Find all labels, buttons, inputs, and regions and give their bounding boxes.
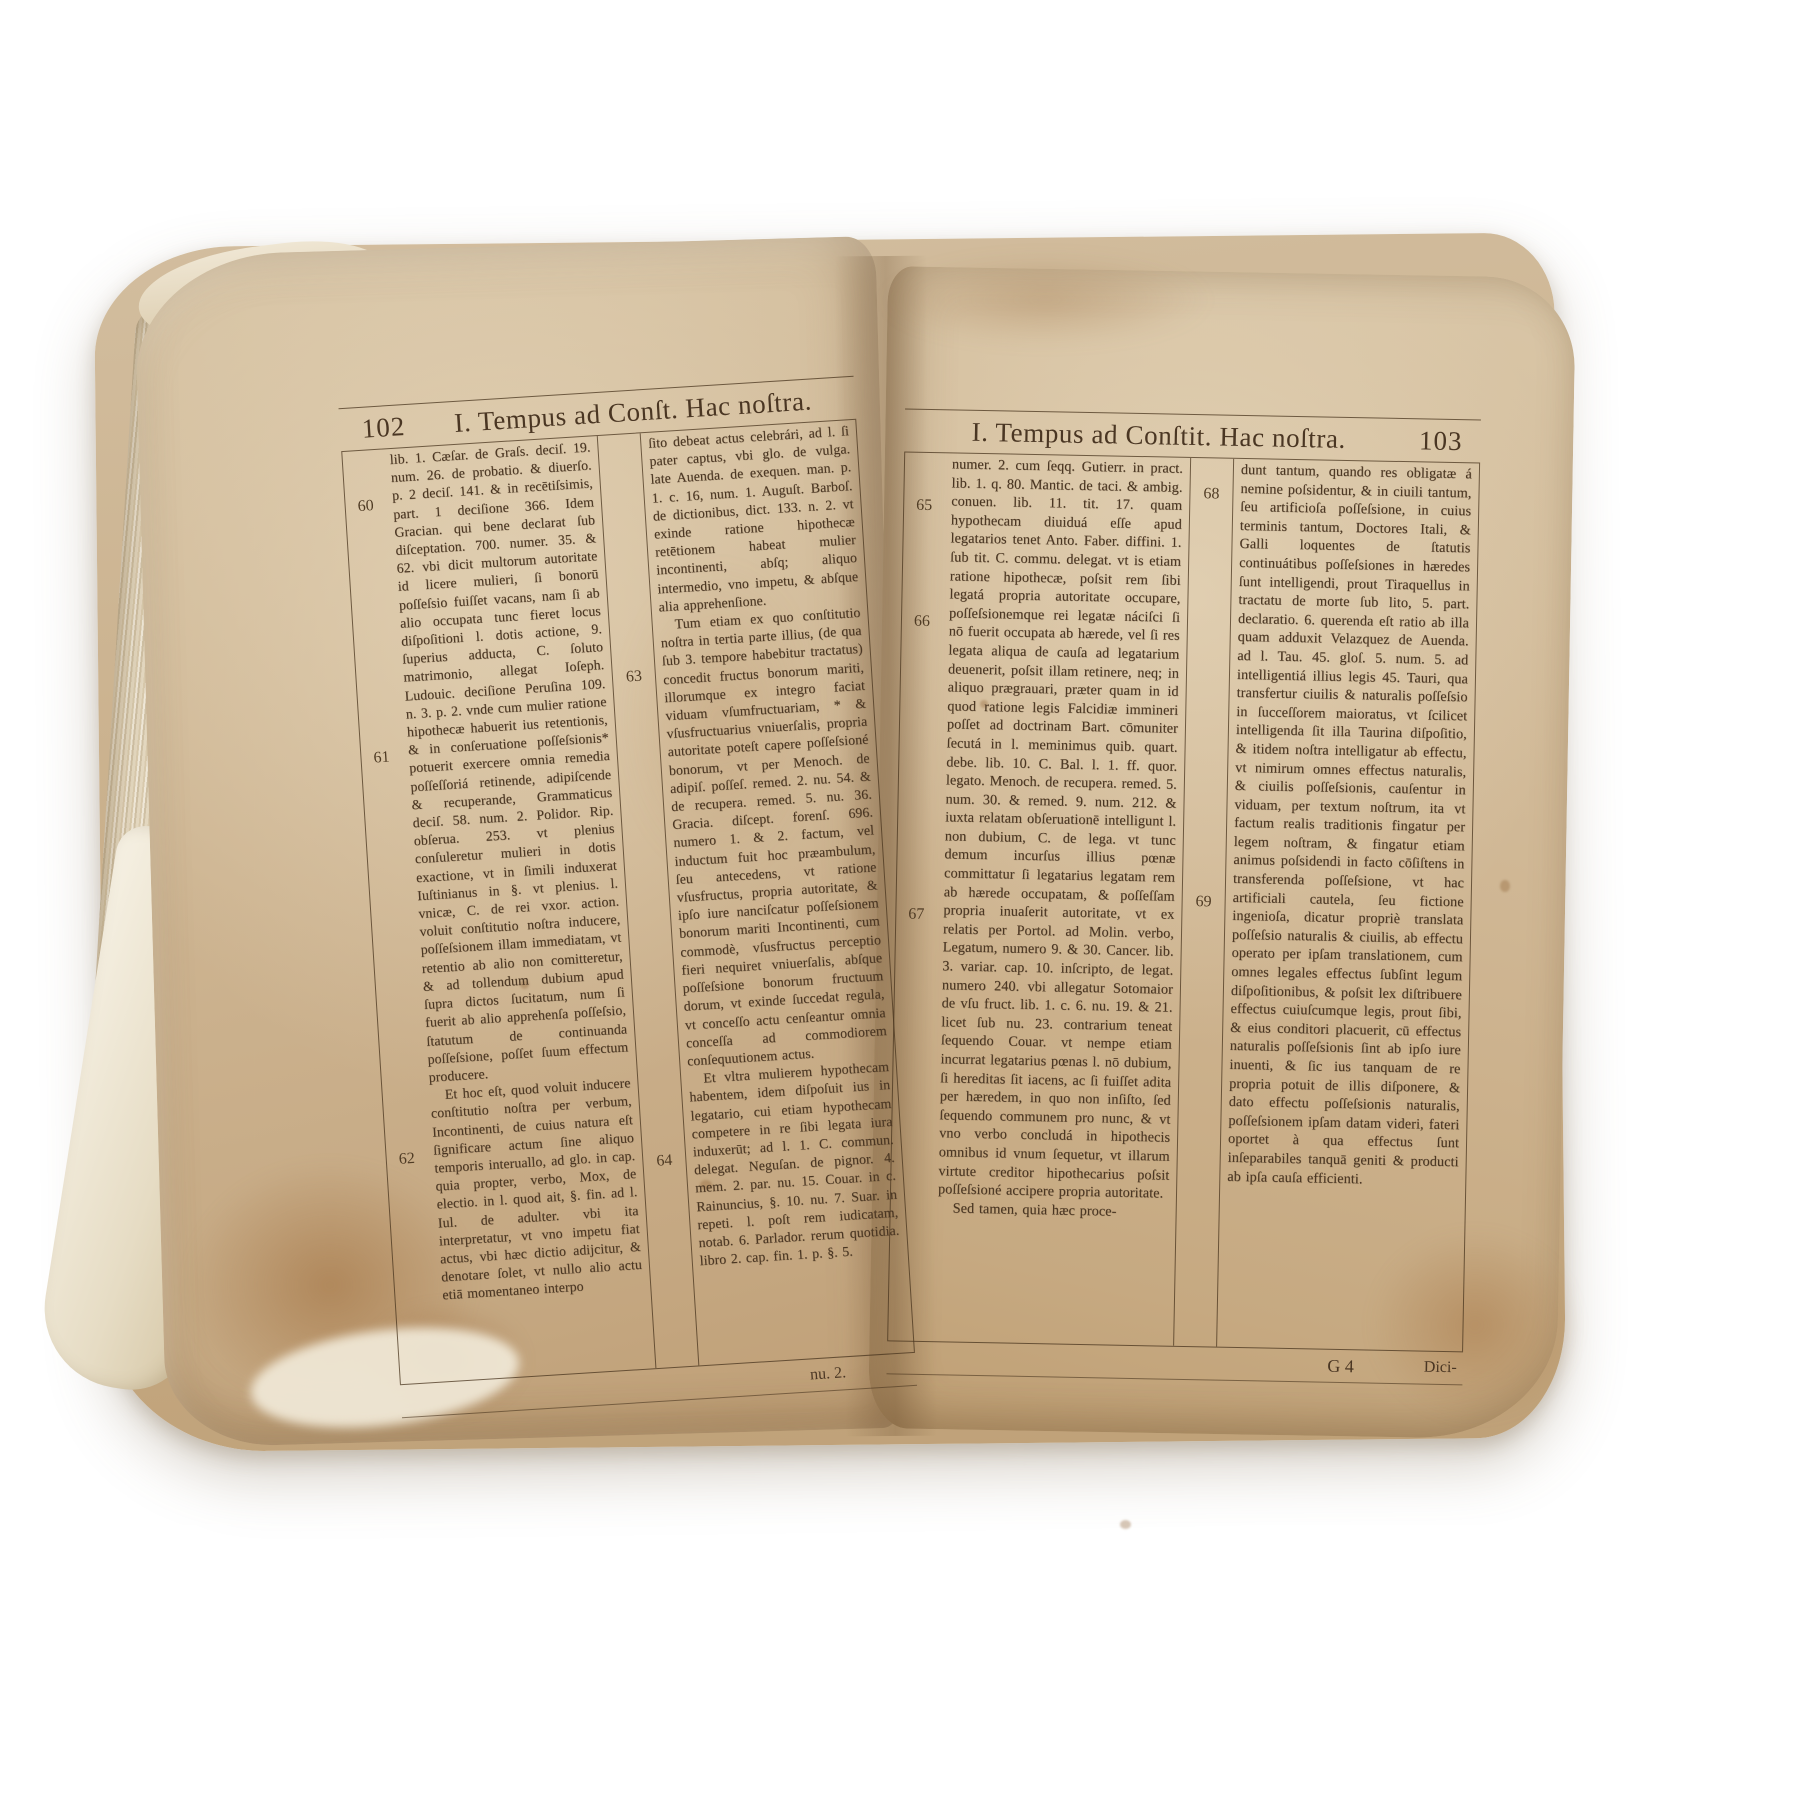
- paragraph: numer. 2. cum ſeqq. Gutierr. in pract. l…: [938, 455, 1183, 1203]
- open-book: 102 I. Tempus ad Conſt. Hac noſtra. 60 6…: [0, 0, 1800, 1800]
- page-number-right: 103: [1419, 425, 1463, 457]
- signature-mark: G 4: [1327, 1355, 1354, 1377]
- running-title-right: I. Tempus ad Conſtit. Hac noſtra.: [908, 416, 1409, 457]
- paragraph: lib. 1. Cæſar. de Graſs. deciſ. 19. num.…: [389, 438, 630, 1086]
- catchword-right: Dici-: [1424, 1359, 1457, 1378]
- paragraph: dunt tantum, quando res obligatæ á nemin…: [1227, 461, 1472, 1190]
- paragraph: Et vltra mulierem hypothecam habentem, i…: [688, 1058, 901, 1270]
- page-number-left: 102: [361, 411, 406, 445]
- catchword-left: nu. 2.: [810, 1364, 847, 1384]
- paragraph: Tum etiam ex quo conſtitutio noſtra in t…: [659, 604, 888, 1071]
- margin-number: 64: [643, 1151, 686, 1172]
- margin-number: 63: [612, 666, 655, 687]
- margin-number: 66: [902, 612, 942, 631]
- paragraph: Et hoc eſt, quod voluit inducere conſtit…: [429, 1074, 643, 1305]
- book-photo: 102 I. Tempus ad Conſt. Hac noſtra. 60 6…: [0, 0, 1800, 1800]
- right-page-text-block: I. Tempus ad Conſtit. Hac noſtra. 103 65…: [886, 408, 1481, 1409]
- margin-number: 68: [1190, 485, 1232, 504]
- margin-number: 65: [904, 497, 944, 516]
- margin-number: 61: [361, 748, 402, 768]
- foxing-dot: [1120, 1520, 1131, 1529]
- margin-number: 60: [345, 496, 386, 516]
- right-page-column-1: numer. 2. cum ſeqq. Gutierr. in pract. l…: [928, 453, 1190, 1346]
- margin-number: 67: [896, 905, 936, 924]
- left-page-text-block: 102 I. Tempus ad Conſt. Hac noſtra. 60 6…: [339, 376, 919, 1442]
- margin-number: 62: [386, 1149, 427, 1169]
- foxing-dot: [1500, 880, 1510, 892]
- margin-number: 69: [1182, 893, 1224, 912]
- left-page-body: 60 61 62 lib. 1. Cæſar. de Graſs. deciſ.…: [341, 420, 915, 1385]
- paragraph: ſito debeat actus celebrári, ad l. ſi pa…: [648, 422, 860, 616]
- right-page-body: 65 66 67 numer. 2. cum ſeqq. Gutierr. in…: [887, 452, 1480, 1351]
- right-page-column-2: dunt tantum, quando res obligatæ á nemin…: [1217, 459, 1479, 1352]
